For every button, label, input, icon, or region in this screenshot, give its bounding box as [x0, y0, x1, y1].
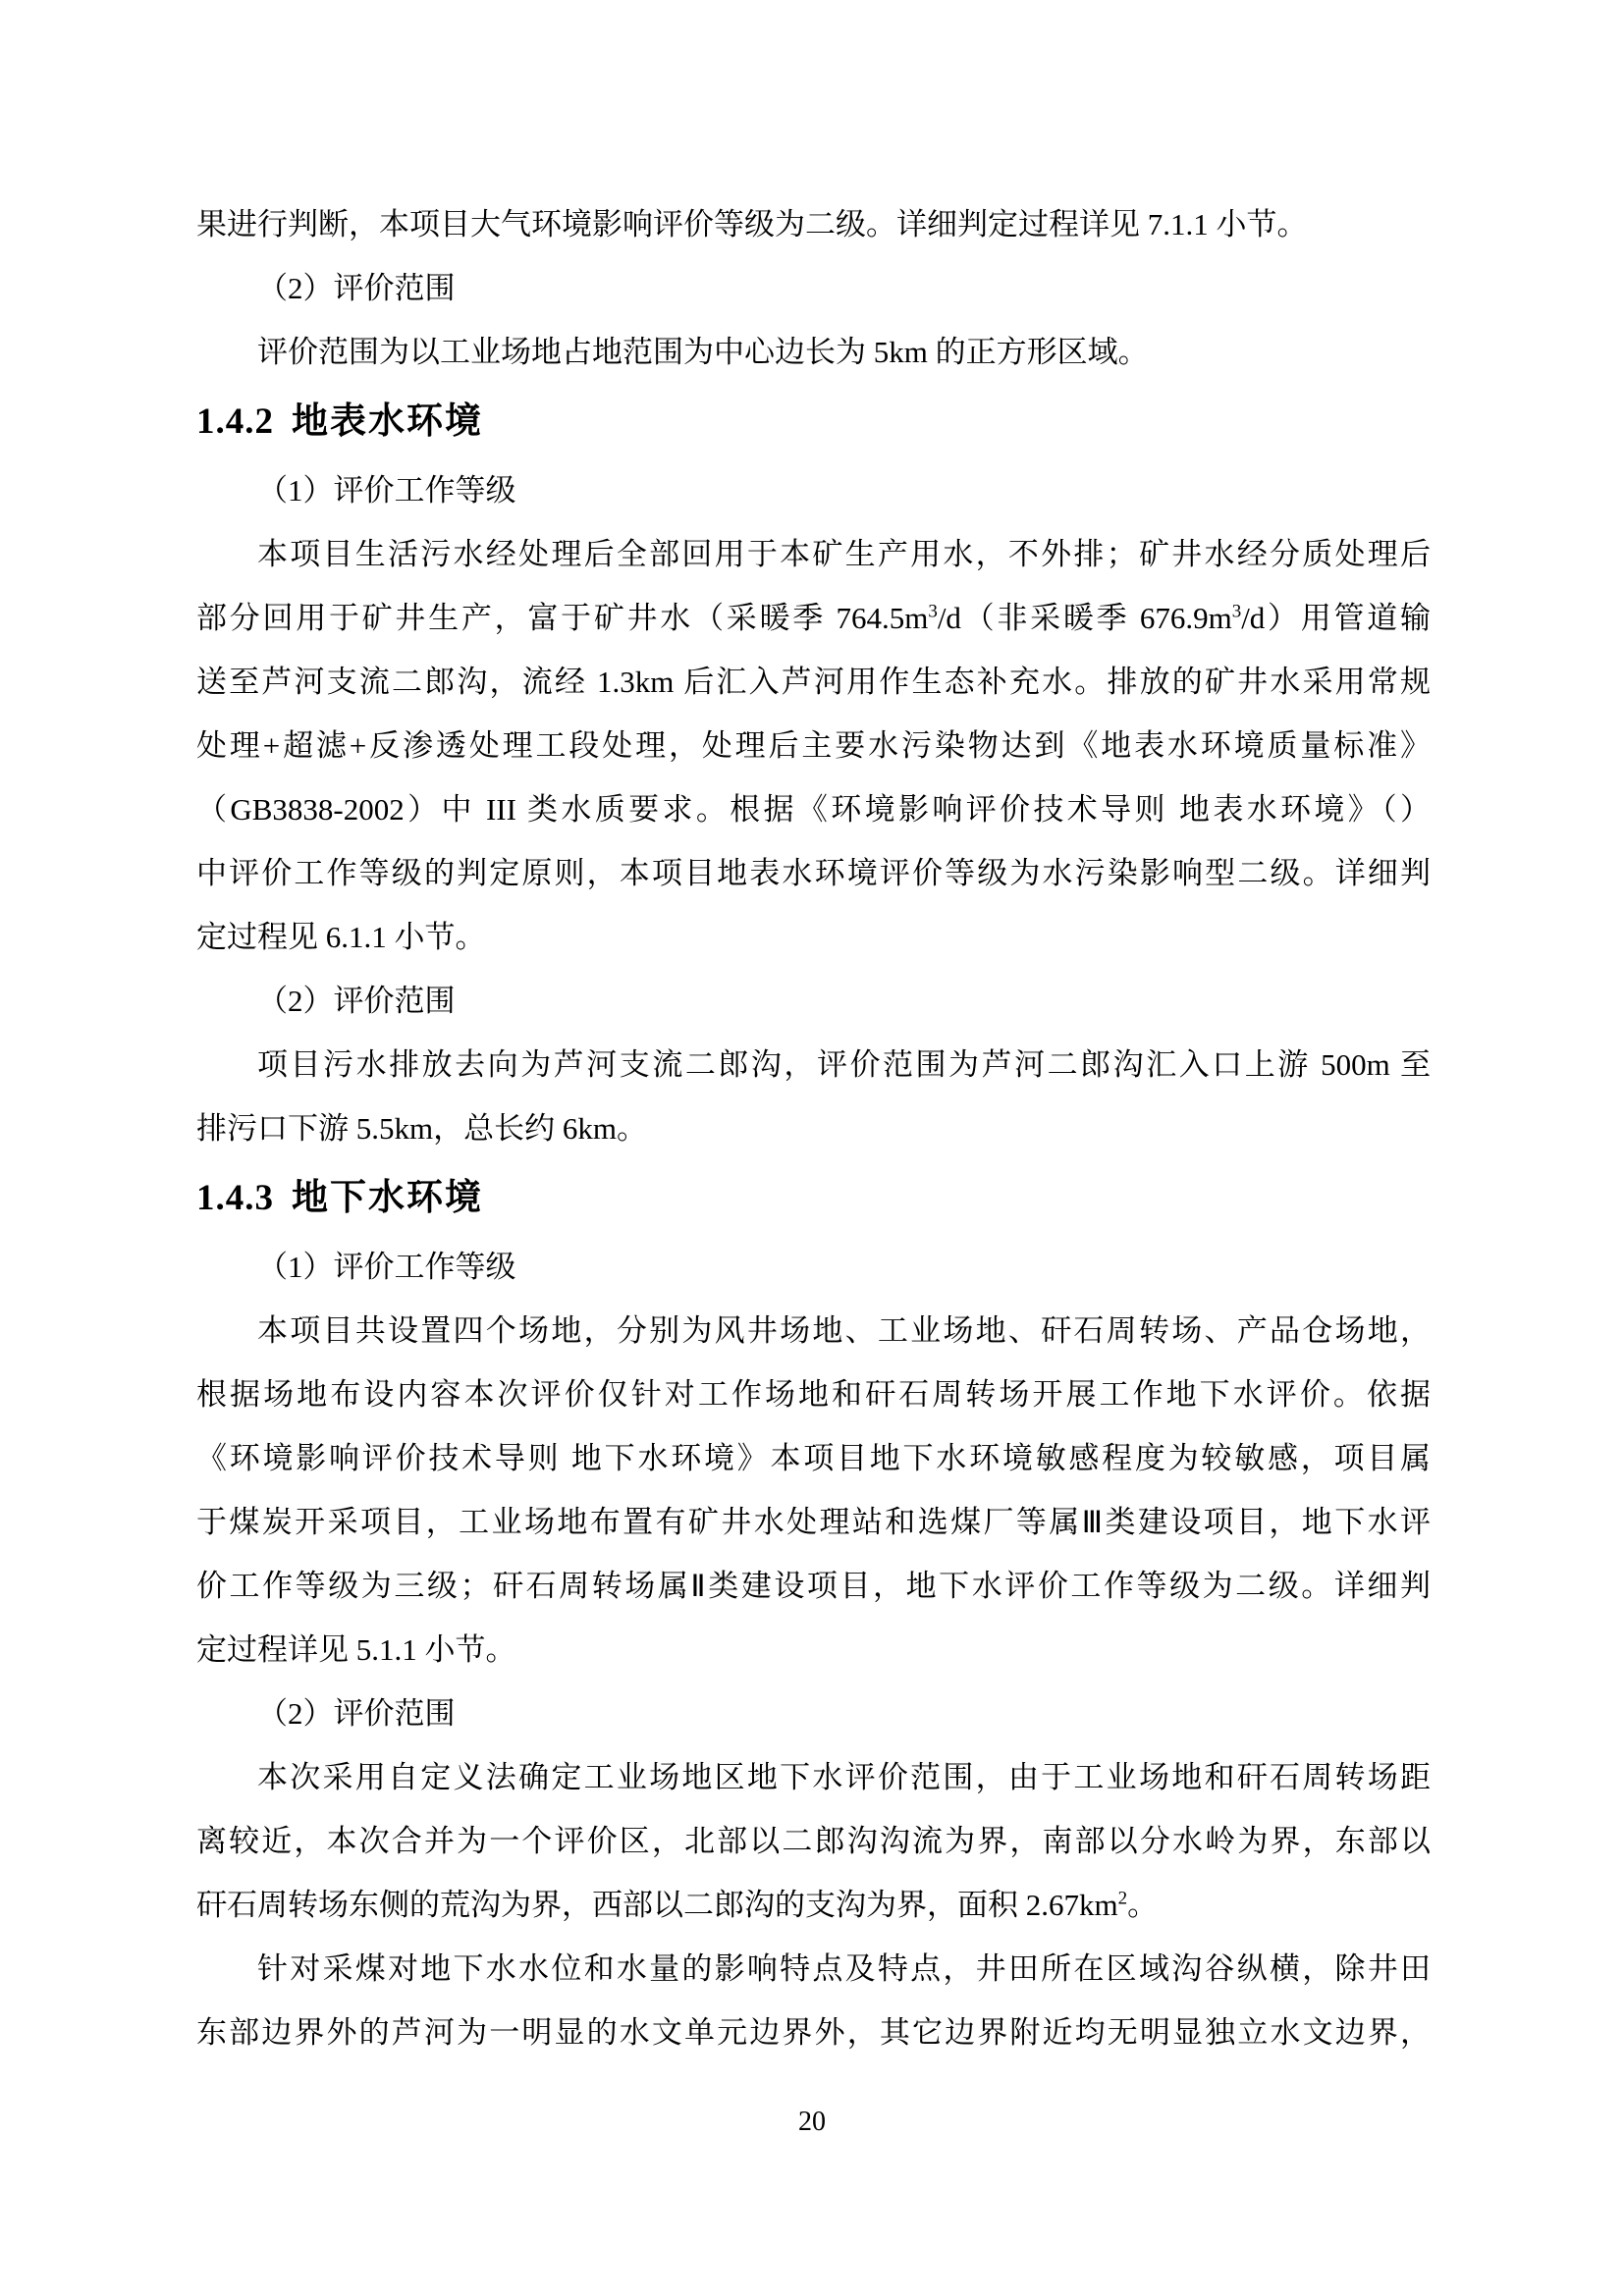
text-line: 价工作等级为三级；矸石周转场属Ⅱ类建设项目，地下水评价工作等级为二级。详细判 [196, 1554, 1431, 1618]
superscript: 2 [1118, 1889, 1128, 1909]
text-line: 中评价工作等级的判定原则，本项目地表水环境评价等级为水污染影响型二级。详细判 [196, 841, 1431, 905]
document-content: 果进行判断，本项目大气环境影响评价等级为二级。详细判定过程详见 7.1.1 小节… [196, 192, 1431, 2064]
text-line: 定过程详见 5.1.1 小节。 [196, 1618, 1431, 1682]
section-number: 1.4.2 [196, 401, 274, 442]
text-line: 于煤炭开采项目，工业场地布置有矿井水处理站和选煤厂等属Ⅲ类建设项目，地下水评 [196, 1490, 1431, 1554]
text-line: （2）评价范围 [196, 256, 1431, 320]
text-line: 针对采煤对地下水水位和水量的影响特点及特点，井田所在区域沟谷纵横，除井田 [196, 1937, 1431, 2001]
superscript: 3 [1232, 602, 1242, 622]
superscript: 3 [928, 602, 938, 622]
text-line: 排污口下游 5.5km，总长约 6km。 [196, 1096, 1431, 1160]
text-line: 本次采用自定义法确定工业场地区地下水评价范围，由于工业场地和矸石周转场距 [196, 1745, 1431, 1809]
text-line: 本项目生活污水经处理后全部回用于本矿生产用水，不外排；矿井水经分质处理后 [196, 522, 1431, 586]
text-line: 处理+超滤+反渗透处理工段处理，处理后主要水污染物达到《地表水环境质量标准》 [196, 714, 1431, 777]
text-line: （GB3838-2002）中 III 类水质要求。根据《环境影响评价技术导则 地… [196, 777, 1431, 841]
text-line: 定过程见 6.1.1 小节。 [196, 905, 1431, 969]
text-line: 果进行判断，本项目大气环境影响评价等级为二级。详细判定过程详见 7.1.1 小节… [196, 192, 1431, 256]
text-line: 本项目共设置四个场地，分别为风井场地、工业场地、矸石周转场、产品仓场地， [196, 1299, 1431, 1362]
section-number: 1.4.3 [196, 1178, 274, 1218]
section-title: 地表水环境 [292, 400, 483, 441]
text-line: 矸石周转场东侧的荒沟为界，西部以二郎沟的支沟为界，面积 2.67km2。 [196, 1873, 1431, 1937]
page-number: 20 [0, 2103, 1624, 2142]
text-line: 离较近，本次合并为一个评价区，北部以二郎沟沟流为界，南部以分水岭为界，东部以 [196, 1809, 1431, 1873]
text-line: 东部边界外的芦河为一明显的水文单元边界外，其它边界附近均无明显独立水文边界， [196, 2001, 1431, 2064]
section-heading-1.4.3: 1.4.3地下水环境 [196, 1160, 1431, 1235]
text-line: 部分回用于矿井生产，富于矿井水（采暖季 764.5m3/d（非采暖季 676.9… [196, 586, 1431, 650]
text-line: （1）评价工作等级 [196, 458, 1431, 522]
text-line: 根据场地布设内容本次评价仅针对工作场地和矸石周转场开展工作地下水评价。依据 [196, 1362, 1431, 1426]
text-line: 评价范围为以工业场地占地范围为中心边长为 5km 的正方形区域。 [196, 320, 1431, 384]
text-line: （2）评价范围 [196, 1682, 1431, 1745]
text-line: 《环境影响评价技术导则 地下水环境》本项目地下水环境敏感程度为较敏感，项目属 [196, 1426, 1431, 1490]
text-line: （1）评价工作等级 [196, 1235, 1431, 1299]
section-title: 地下水环境 [292, 1177, 483, 1217]
section-heading-1.4.2: 1.4.2地表水环境 [196, 384, 1431, 458]
text-line: 项目污水排放去向为芦河支流二郎沟，评价范围为芦河二郎沟汇入口上游 500m 至 [196, 1033, 1431, 1096]
text-line: （2）评价范围 [196, 969, 1431, 1033]
document-page: 果进行判断，本项目大气环境影响评价等级为二级。详细判定过程详见 7.1.1 小节… [0, 0, 1624, 2296]
text-line: 送至芦河支流二郎沟，流经 1.3km 后汇入芦河用作生态补充水。排放的矿井水采用… [196, 650, 1431, 714]
